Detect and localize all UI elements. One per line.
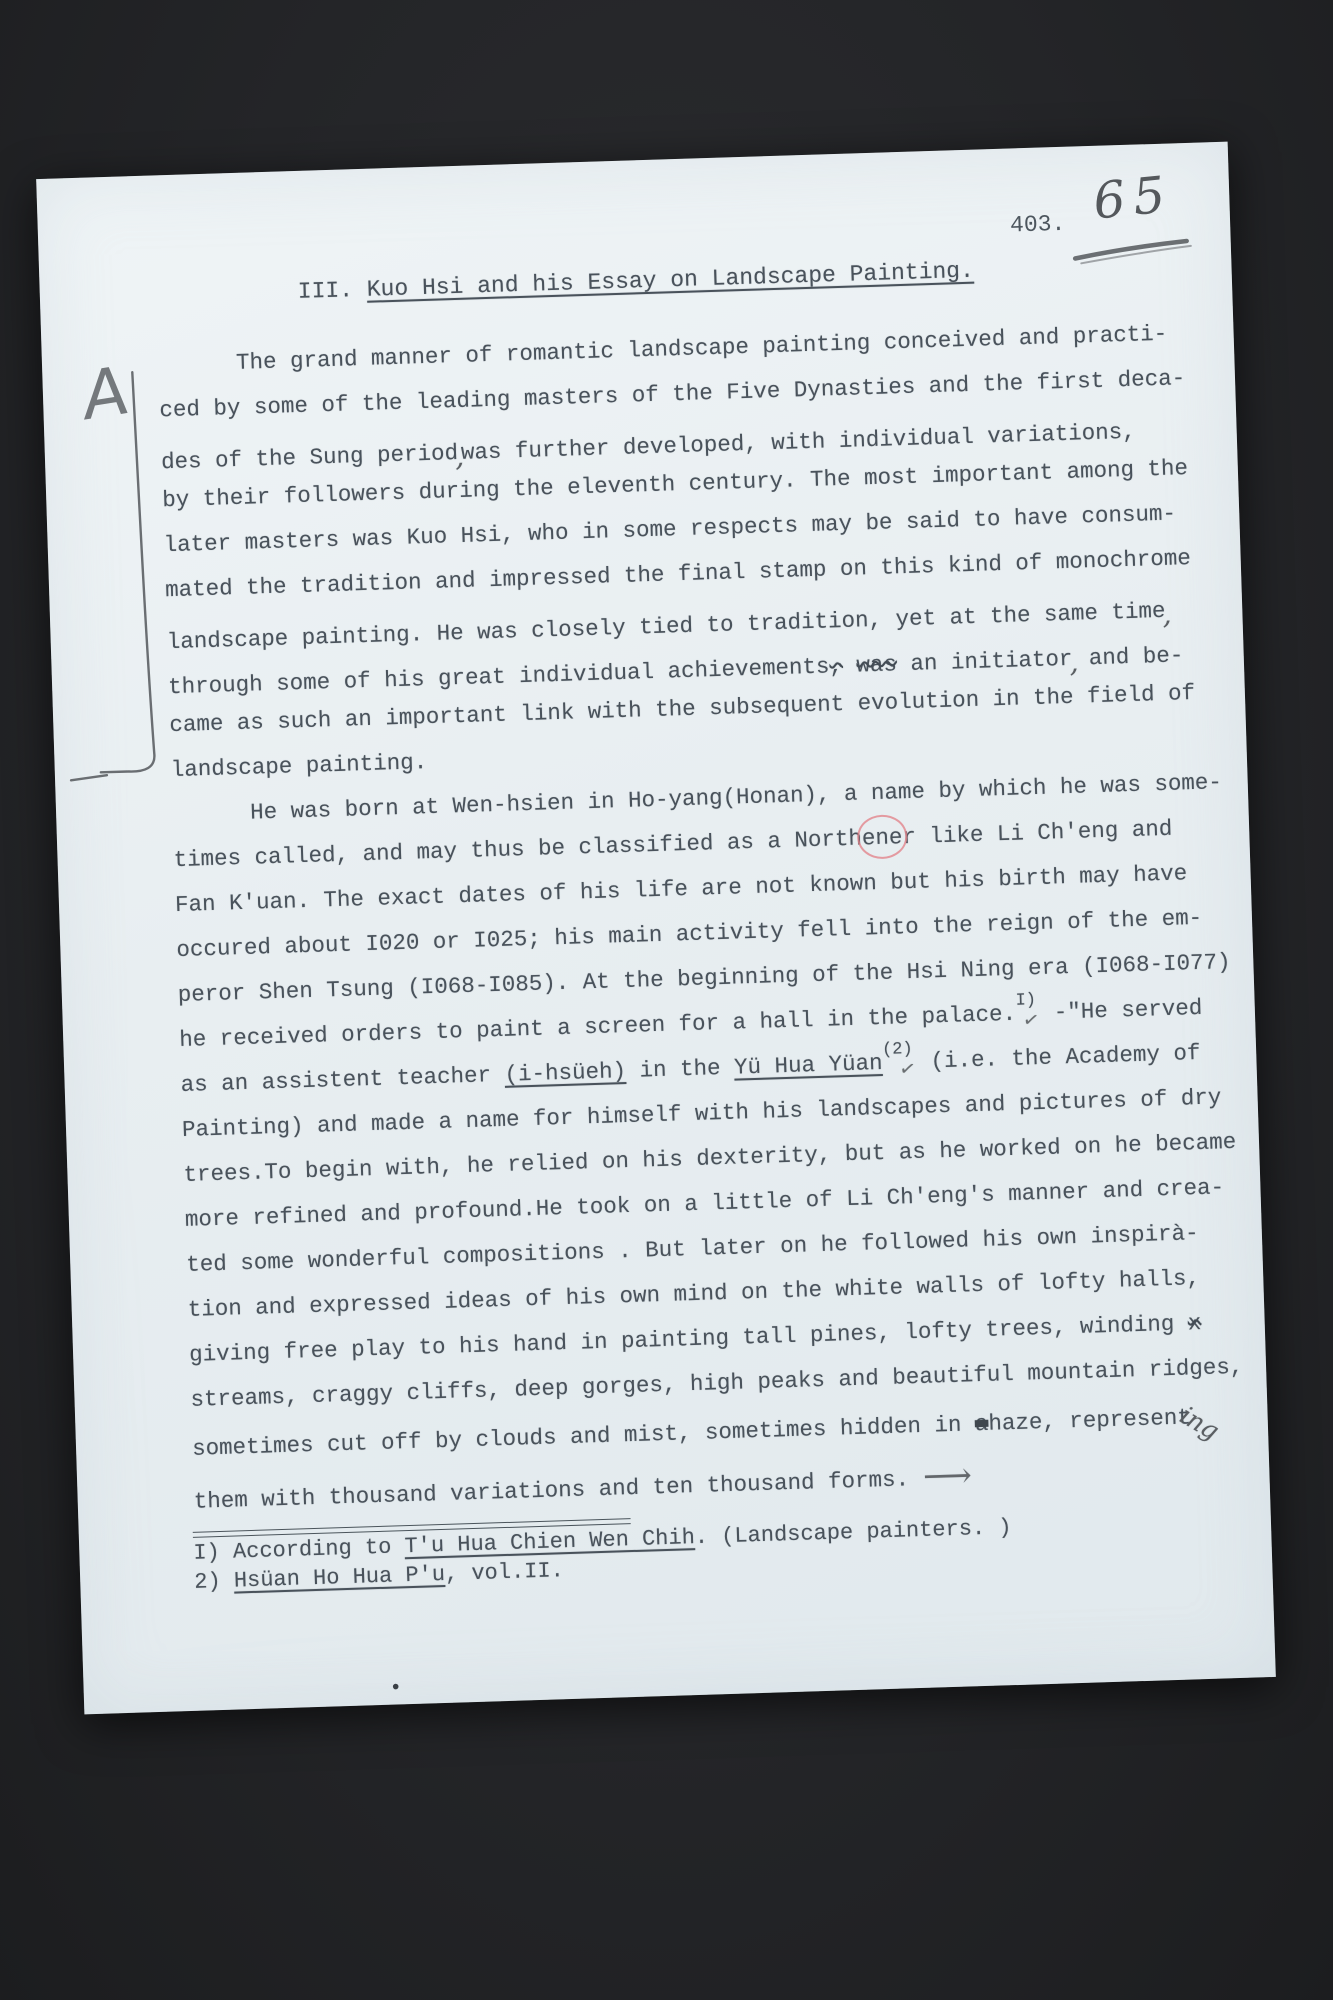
footnotes: I) According to T'u Hua Chien Wen Chih. … [36, 142, 1227, 179]
pencil-check-icon: ✓ [898, 1057, 918, 1081]
title-underlined: Kuo Hsi and his Essay on Landscape Paint… [366, 258, 974, 303]
handwritten-mark: , [455, 440, 465, 473]
handwritten-mark: , [1162, 598, 1172, 631]
typed-line-10: landscape painting. [170, 749, 427, 783]
manuscript-paper: 403. 65 III. Kuo Hsi and his Essay on La… [36, 142, 1276, 1715]
title-prefix: III. [297, 277, 367, 305]
typed-line-26: them with thousand variations and ten th… [193, 1452, 972, 1516]
stray-dot [393, 1684, 399, 1690]
handwritten-mark: , [1069, 646, 1079, 679]
handwritten-mark: ⟶ [922, 1455, 972, 1497]
page-number-underline [1075, 241, 1187, 259]
page-title: III. Kuo Hsi and his Essay on Landscape … [297, 258, 974, 305]
pencil-check-icon: ✓ [1021, 1008, 1041, 1032]
margin-letter-a: A [83, 351, 129, 436]
typed-page-number: 403. [1010, 211, 1066, 239]
handwritten-page-number: 65 [1091, 165, 1176, 231]
margin-pencil-line [58, 372, 155, 780]
typed-body: The grand manner of romantic landscape p… [36, 142, 1227, 179]
typed-line-25: sometimes cut off by clouds and mist, so… [192, 1399, 1226, 1461]
scan-background: 403. 65 III. Kuo Hsi and his Essay on La… [0, 0, 1333, 2000]
